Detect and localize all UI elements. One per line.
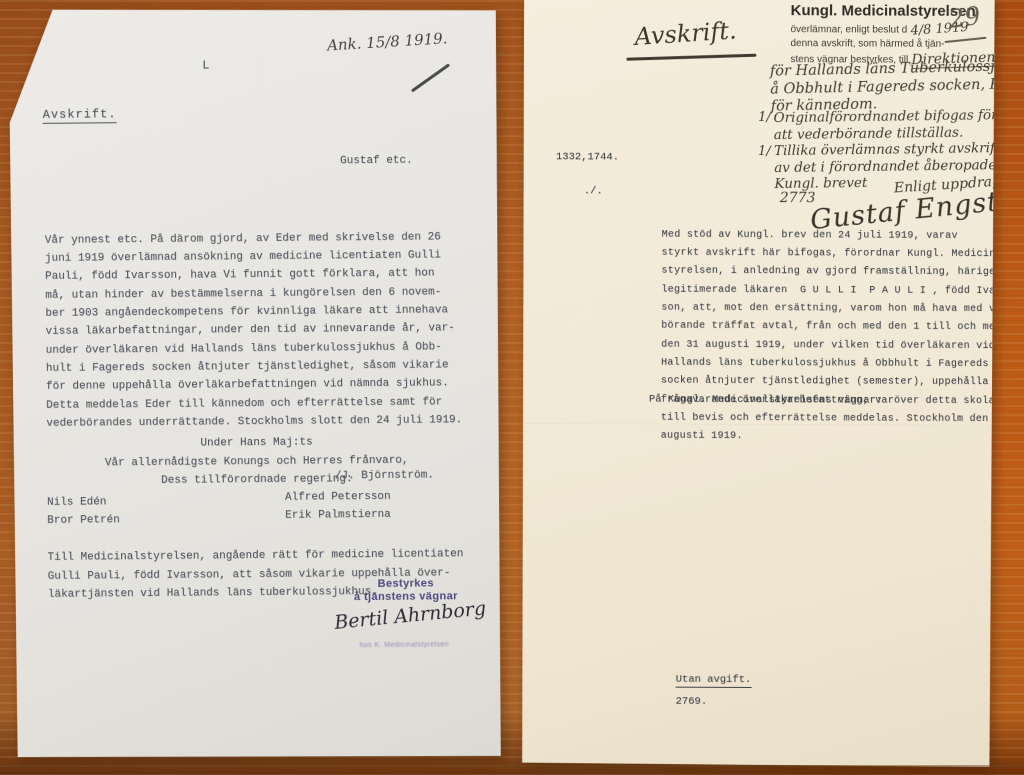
left-document: Ank. 15/8 1919. L Avskrift. Gustaf etc. …	[9, 6, 503, 760]
right-document-paper: Avskrift. Kungl. Medicinalstyrelsen över…	[519, 0, 994, 767]
attest-stamp-line: Bestyrkes	[336, 577, 476, 591]
corner-mark: L	[202, 58, 209, 72]
document-heading: Avskrift.	[43, 107, 117, 122]
fee-note-text: Utan avgift.	[676, 674, 752, 688]
body-line: Med stöd av Kungl. brev den 24 juli 1919…	[662, 226, 1007, 246]
pencil-corner-number: 29	[947, 1, 982, 34]
body-line: till bevis och efterrättelse meddelas. S…	[661, 409, 1006, 429]
fee-note: Utan avgift.	[676, 674, 752, 686]
small-office-stamp: hos K. Medicinalstyrelsen	[329, 638, 479, 652]
handwritten-line: Originalförordnandet bifogas för	[773, 107, 1000, 126]
body-line: styrkt avskrift här bifogas, förordnar K…	[662, 245, 1007, 265]
document-heading-text: Avskrift.	[43, 107, 117, 124]
body-line: augusti 1919.	[661, 428, 1006, 448]
attachment-mark: ./.	[584, 185, 603, 197]
body-line: socken åtnjuter tjänstledighet (semester…	[661, 373, 1006, 393]
right-document: Avskrift. Kungl. Medicinalstyrelsen över…	[519, 0, 994, 767]
file-number: 2769.	[676, 696, 708, 708]
on-behalf-line: På Kungl. Medicinalstyrelsens vägnar:	[649, 394, 882, 407]
reference-number: 1332,1744.	[556, 151, 619, 163]
salutation: Gustaf etc.	[340, 155, 413, 168]
body-line: Hallands läns tuberkulossjukhus å Obbhul…	[661, 355, 1006, 375]
body-line: styrelsen, i anledning av gjord framstäl…	[661, 263, 1006, 283]
margin-mark: 1/	[758, 144, 771, 159]
body-line: legitimerade läkaren G U L L I P A U L I…	[661, 281, 1006, 301]
body-line: son, att, mot den ersättning, varom hon …	[661, 300, 1006, 320]
handwritten-heading: Avskrift.	[634, 16, 738, 51]
heading-underline	[626, 54, 756, 61]
received-date-note: Ank. 15/8 1919.	[327, 29, 448, 54]
wooden-table-background: Ank. 15/8 1919. L Avskrift. Gustaf etc. …	[0, 0, 1024, 775]
left-document-paper: Ank. 15/8 1919. L Avskrift. Gustaf etc. …	[9, 6, 503, 760]
body-line: den 31 augusti 1919, under vilken tid öv…	[661, 336, 1006, 356]
letterhead-line1: överlämnar, enligt beslut d	[791, 24, 908, 36]
countersignature: /J. Björnström.	[335, 469, 434, 482]
margin-mark: 1/	[758, 110, 771, 125]
pen-stroke	[411, 63, 450, 92]
body-line: börande träffat avtal, från och med den …	[661, 318, 1006, 338]
